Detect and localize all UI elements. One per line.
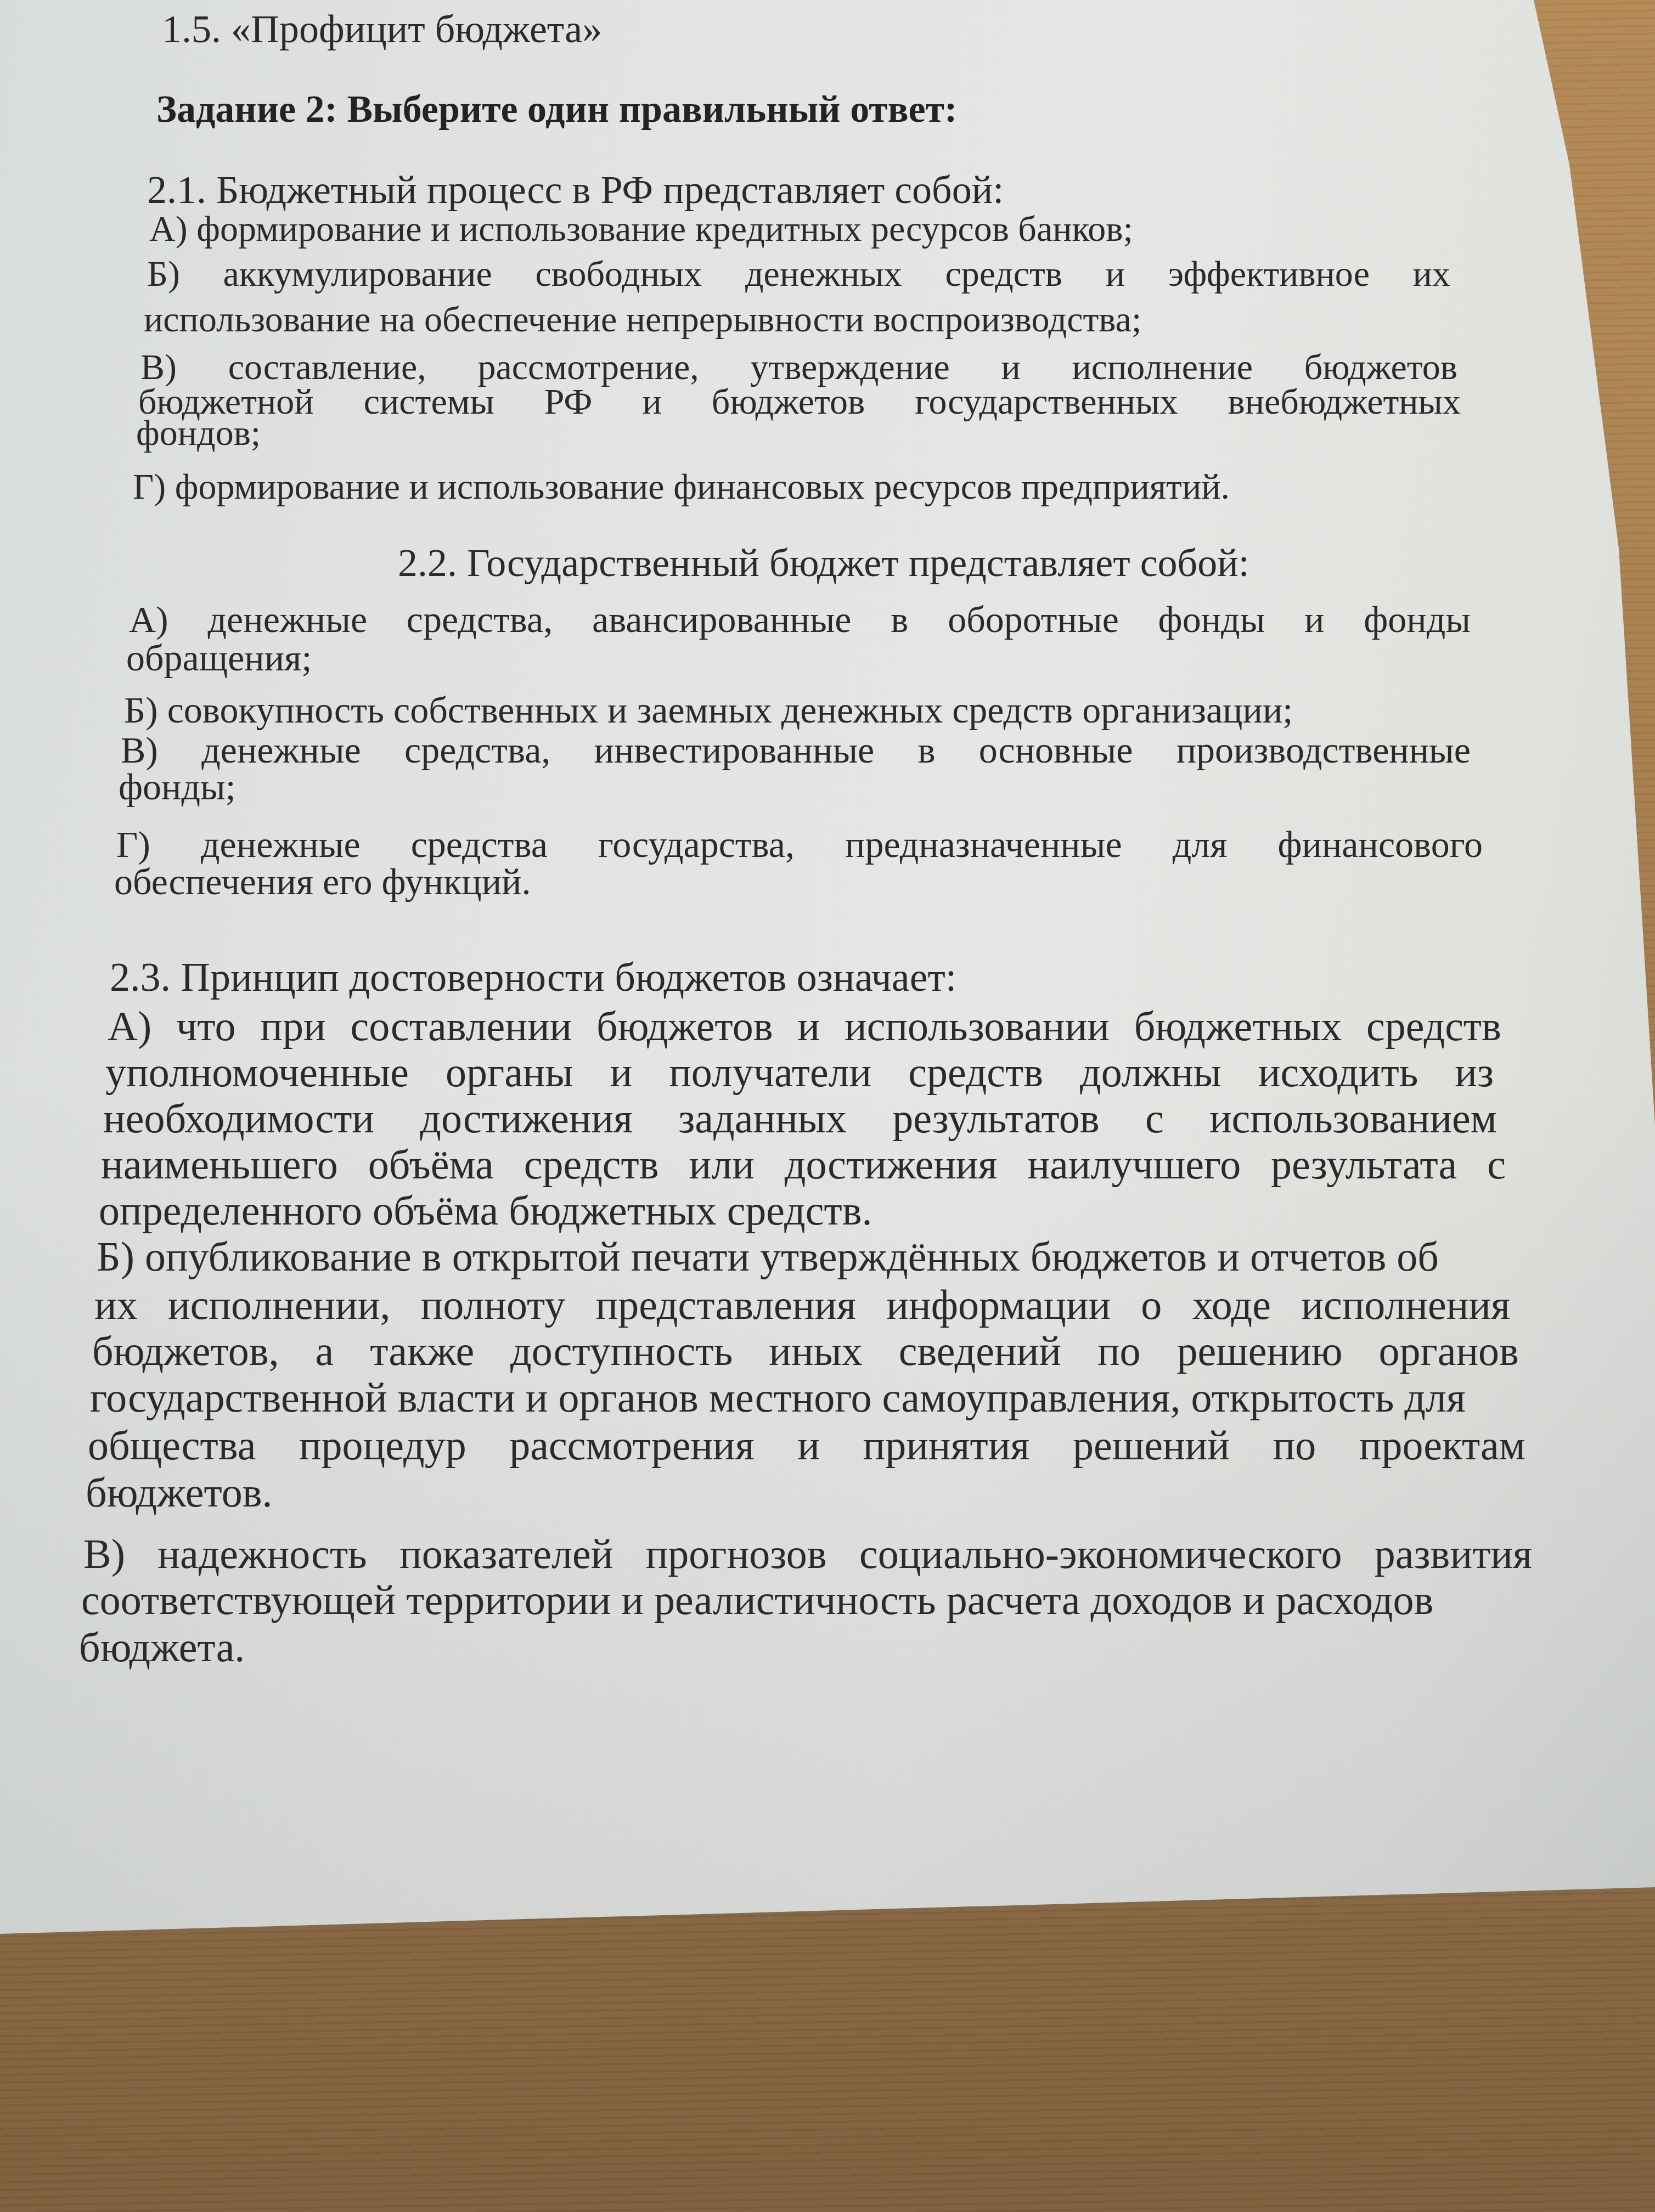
word: А) <box>108 1003 151 1051</box>
question-2-2-line: обеспечения его функций. <box>114 860 531 904</box>
word: аккумулирование <box>223 253 492 295</box>
word: и <box>798 1003 820 1051</box>
word: средств <box>524 1141 659 1189</box>
word: проектам <box>1359 1422 1525 1470</box>
word: системы <box>364 381 494 423</box>
word: сведений <box>899 1328 1061 1375</box>
word: по <box>1097 1328 1141 1375</box>
item-1-5: 1.5. «Профицит бюджета» <box>162 7 602 52</box>
question-2-1-line: бюджетнойсистемыРФибюджетовгосударственн… <box>138 381 1461 423</box>
word: получатели <box>669 1049 871 1097</box>
word: рассмотрения <box>509 1422 754 1470</box>
word: авансированные <box>592 598 852 641</box>
question-2-2-line: фонды; <box>119 765 236 809</box>
question-2-3-title: 2.3. Принцип достоверности бюджетов озна… <box>110 955 956 1001</box>
word: денежных <box>745 253 902 295</box>
question-2-3-line: соответствующей территории и реалистично… <box>81 1577 1433 1624</box>
question-2-3-line: бюджетов,атакжедоступностьиныхсведенийпо… <box>92 1328 1519 1375</box>
word: фонды <box>1364 598 1471 641</box>
question-2-1-line: А) формирование и использование кредитны… <box>149 208 1133 250</box>
question-2-1-line: использование на обеспечение непрерывнос… <box>144 299 1141 341</box>
word: общества <box>88 1422 256 1470</box>
word: доступность <box>510 1328 733 1375</box>
word: внебюджетных <box>1228 381 1461 423</box>
word: ходе <box>1192 1282 1271 1329</box>
word: В) <box>83 1531 125 1578</box>
word: бюджетов <box>596 1003 773 1051</box>
question-2-2-title: 2.2. Государственный бюджет представляет… <box>398 540 1249 586</box>
word: также <box>370 1328 474 1375</box>
word: при <box>260 1003 325 1051</box>
word: результата <box>1271 1141 1457 1189</box>
word: составлении <box>350 1003 572 1051</box>
word: и <box>797 1422 820 1470</box>
word: прогнозов <box>646 1531 827 1578</box>
word: надежность <box>157 1531 367 1578</box>
word: что <box>176 1003 235 1051</box>
question-2-2-line: А)денежныесредства,авансированныевоборот… <box>129 598 1471 641</box>
word: показателей <box>399 1531 613 1578</box>
word: оборотные <box>948 598 1119 641</box>
word: с <box>1487 1141 1506 1189</box>
question-2-2-line: В)денежныесредства,инвестированныевоснов… <box>121 729 1471 772</box>
word: из <box>1455 1049 1494 1097</box>
question-2-2-line: Б) совокупность собственных и заемных де… <box>124 689 1293 732</box>
word: фонды <box>1158 598 1265 641</box>
word: Б) <box>147 253 180 295</box>
question-2-3-line: государственной власти и органов местног… <box>90 1374 1466 1422</box>
word: использовании <box>845 1003 1110 1051</box>
question-2-1-line: Б)аккумулированиесвободныхденежныхсредст… <box>147 253 1450 295</box>
question-2-1-line: фондов; <box>136 413 261 454</box>
word: представления <box>595 1282 856 1329</box>
word: результатов <box>892 1095 1099 1143</box>
word: средств <box>1366 1003 1501 1051</box>
word: в <box>891 598 908 641</box>
word: заданных <box>678 1095 847 1143</box>
word: исполнении, <box>168 1282 390 1329</box>
word: исполнения <box>1301 1282 1510 1329</box>
word: а <box>316 1328 334 1375</box>
word: решению <box>1176 1328 1342 1375</box>
question-2-3-line: наименьшегообъёмасредствилидостижениянаи… <box>101 1141 1506 1189</box>
question-2-3-line: определенного объёма бюджетных средств. <box>99 1187 872 1235</box>
word: предназначенные <box>845 823 1122 866</box>
word: для <box>1173 823 1228 866</box>
word: бюджетов, <box>92 1328 279 1375</box>
word: бюджетов <box>712 381 865 423</box>
word: в <box>917 729 935 772</box>
word: органов <box>1379 1328 1519 1375</box>
word: и <box>1304 598 1324 641</box>
question-2-3-line: обществапроцедуррассмотренияипринятияреш… <box>88 1422 1525 1470</box>
question-2-1-line: Г) формирование и использование финансов… <box>133 466 1230 508</box>
word: РФ <box>544 381 593 423</box>
word: решений <box>1073 1422 1230 1470</box>
word: объёма <box>368 1141 494 1189</box>
word: средства, <box>407 598 553 641</box>
word: А) <box>129 598 168 641</box>
word: средства, <box>404 729 550 772</box>
word: исходить <box>1258 1049 1418 1097</box>
word: по <box>1273 1422 1316 1470</box>
word: иных <box>769 1328 862 1375</box>
word: денежные <box>208 598 368 641</box>
question-2-3-line: бюджетов. <box>86 1469 273 1517</box>
question-2-3-line: Б) опубликование в открытой печати утвер… <box>97 1233 1439 1281</box>
question-2-3-line: ихисполнении,полнотупредставленияинформа… <box>94 1282 1510 1329</box>
word: и <box>1106 253 1125 295</box>
word: инвестированные <box>594 729 875 772</box>
word: основные <box>979 729 1133 772</box>
word: бюджетных <box>1134 1003 1342 1051</box>
word: полноту <box>421 1282 565 1329</box>
word: органы <box>446 1049 573 1097</box>
word: использованием <box>1209 1095 1497 1143</box>
word: информации <box>886 1282 1111 1329</box>
word: эффективное <box>1168 253 1370 295</box>
word: средств <box>908 1049 1043 1097</box>
word: финансового <box>1277 823 1482 866</box>
word: наименьшего <box>101 1141 338 1189</box>
task-heading: Задание 2: Выберите один правильный отве… <box>156 88 957 132</box>
word: достижения <box>785 1141 998 1189</box>
question-2-3-line: В)надежностьпоказателейпрогнозовсоциальн… <box>83 1531 1532 1578</box>
word: и <box>610 1049 633 1097</box>
word: достижения <box>420 1095 633 1143</box>
word: их <box>1413 253 1450 295</box>
question-2-1-title: 2.1. Бюджетный процесс в РФ представляет… <box>147 167 1004 213</box>
word: государства, <box>598 823 795 866</box>
question-2-3-line: уполномоченныеорганыиполучателисредствдо… <box>105 1049 1494 1097</box>
word: свободных <box>535 253 702 295</box>
word: средств <box>945 253 1062 295</box>
word: социально-экономического <box>859 1531 1342 1578</box>
word: их <box>94 1282 138 1329</box>
word: развития <box>1375 1531 1532 1578</box>
word: о <box>1141 1282 1162 1329</box>
word: или <box>689 1141 755 1189</box>
word: должны <box>1080 1049 1221 1097</box>
word: уполномоченные <box>105 1049 409 1097</box>
word: государственных <box>915 381 1178 423</box>
question-2-3-line: бюджета. <box>79 1624 245 1672</box>
question-2-3-line: необходимостидостижениязаданныхрезультат… <box>103 1095 1497 1143</box>
word: принятия <box>863 1422 1030 1470</box>
word: с <box>1145 1095 1164 1143</box>
word: наилучшего <box>1027 1141 1241 1189</box>
question-2-3-line: А)чтоприсоставлениибюджетовииспользовани… <box>108 1003 1501 1051</box>
word: и <box>643 381 662 423</box>
word: необходимости <box>103 1095 374 1143</box>
word: производственные <box>1176 729 1471 772</box>
word: процедур <box>299 1422 466 1470</box>
question-2-2-line: обращения; <box>126 636 312 680</box>
